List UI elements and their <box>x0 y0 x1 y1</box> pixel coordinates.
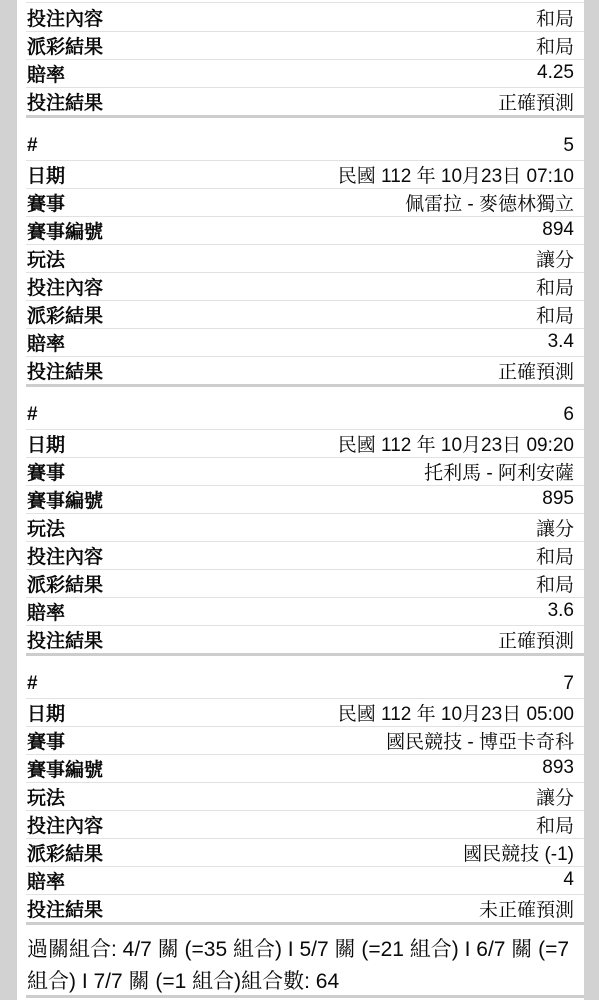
parlay-summary-text: 過關組合: 4/7 關 (=35 組合) I 5/7 關 (=21 組合) I … <box>17 925 584 998</box>
row-label: 賠率 <box>27 60 65 87</box>
table-row: 投注結果正確預測 <box>17 625 584 653</box>
table-row: 派彩結果和局 <box>17 31 584 59</box>
row-value: 3.6 <box>548 600 574 622</box>
table-row: 玩法讓分 <box>17 513 584 541</box>
row-label: 玩法 <box>27 245 65 272</box>
table-row: 投注內容和局 <box>17 810 584 838</box>
row-label: # <box>27 673 38 695</box>
table-row: 日期民國 112 年 10月23日 05:00 <box>17 698 584 726</box>
section-divider <box>26 653 584 656</box>
row-value: 國民競技 - 博亞卡奇科 <box>386 727 574 754</box>
row-label: 投注內容 <box>27 542 103 569</box>
row-value: 正確預測 <box>498 88 574 115</box>
row-value: 4.25 <box>537 62 574 84</box>
row-label: 投注內容 <box>27 811 103 838</box>
table-row: 日期民國 112 年 10月23日 09:20 <box>17 429 584 457</box>
row-label: 賠率 <box>27 598 65 625</box>
table-row: 賽事托利馬 - 阿利安薩 <box>17 457 584 485</box>
row-value: 托利馬 - 阿利安薩 <box>424 458 574 485</box>
table-row: 投注內容和局 <box>17 3 584 31</box>
row-value: 894 <box>542 219 574 241</box>
row-label: 派彩結果 <box>27 839 103 866</box>
row-label: 投注內容 <box>27 4 103 31</box>
table-row: #7 <box>17 670 584 698</box>
row-value: 和局 <box>536 273 574 300</box>
row-label: 賠率 <box>27 867 65 894</box>
row-value: 和局 <box>536 811 574 838</box>
table-row: 投注結果正確預測 <box>17 87 584 115</box>
row-value: 和局 <box>536 542 574 569</box>
row-value: 讓分 <box>536 245 574 272</box>
section-divider <box>26 115 584 118</box>
row-value: 893 <box>542 757 574 779</box>
row-value: 和局 <box>536 301 574 328</box>
row-value: 7 <box>563 673 574 695</box>
row-label: 派彩結果 <box>27 570 103 597</box>
table-row: 玩法讓分 <box>17 782 584 810</box>
row-value: 和局 <box>536 4 574 31</box>
table-row: 賠率4.25 <box>17 59 584 87</box>
table-row: 賠率4 <box>17 866 584 894</box>
table-row: 投注內容和局 <box>17 272 584 300</box>
row-value: 895 <box>542 488 574 510</box>
row-value: 民國 112 年 10月23日 05:00 <box>338 699 574 726</box>
row-label: 日期 <box>27 161 65 188</box>
table-row: 賠率3.6 <box>17 597 584 625</box>
table-row: 賽事佩雷拉 - 麥德林獨立 <box>17 188 584 216</box>
row-label: # <box>27 135 38 157</box>
row-label: 派彩結果 <box>27 32 103 59</box>
section-divider <box>26 384 584 387</box>
table-row: 派彩結果和局 <box>17 300 584 328</box>
row-label: 派彩結果 <box>27 301 103 328</box>
row-label: 投注結果 <box>27 895 103 922</box>
row-label: 日期 <box>27 430 65 457</box>
table-row: 日期民國 112 年 10月23日 07:10 <box>17 160 584 188</box>
table-row: 賠率3.4 <box>17 328 584 356</box>
bet-section-bet-7: #7日期民國 112 年 10月23日 05:00賽事國民競技 - 博亞卡奇科賽… <box>17 670 584 925</box>
row-label: 賽事 <box>27 727 65 754</box>
row-label: 賠率 <box>27 329 65 356</box>
row-label: 賽事編號 <box>27 755 103 782</box>
table-row: #5 <box>17 132 584 160</box>
table-row: 投注結果未正確預測 <box>17 894 584 922</box>
row-value: 和局 <box>536 32 574 59</box>
row-value: 5 <box>563 135 574 157</box>
row-label: 玩法 <box>27 514 65 541</box>
table-row: 賽事國民競技 - 博亞卡奇科 <box>17 726 584 754</box>
row-label: 賽事編號 <box>27 486 103 513</box>
table-row: 賽事編號894 <box>17 216 584 244</box>
row-value: 民國 112 年 10月23日 09:20 <box>338 430 574 457</box>
table-row: 賽事編號893 <box>17 754 584 782</box>
row-value: 6 <box>563 404 574 426</box>
table-row: 賽事編號895 <box>17 485 584 513</box>
row-label: # <box>27 404 38 426</box>
row-label: 日期 <box>27 699 65 726</box>
row-label: 賽事 <box>27 458 65 485</box>
row-label: 投注結果 <box>27 626 103 653</box>
row-value: 3.4 <box>548 331 574 353</box>
row-label: 投注結果 <box>27 88 103 115</box>
table-row: 投注內容和局 <box>17 541 584 569</box>
row-label: 玩法 <box>27 783 65 810</box>
bet-sections: 投注內容和局派彩結果和局賠率4.25投注結果正確預測#5日期民國 112 年 1… <box>17 3 584 925</box>
row-value: 國民競技 (-1) <box>463 839 574 866</box>
row-label: 投注內容 <box>27 273 103 300</box>
row-value: 讓分 <box>536 783 574 810</box>
bet-section-bet-partial: 投注內容和局派彩結果和局賠率4.25投注結果正確預測 <box>17 3 584 118</box>
row-label: 賽事 <box>27 189 65 216</box>
table-row: 玩法讓分 <box>17 244 584 272</box>
row-value: 正確預測 <box>498 357 574 384</box>
bet-section-bet-6: #6日期民國 112 年 10月23日 09:20賽事托利馬 - 阿利安薩賽事編… <box>17 401 584 656</box>
table-row: #6 <box>17 401 584 429</box>
footer-separator <box>26 995 584 998</box>
row-label: 賽事編號 <box>27 217 103 244</box>
bet-section-bet-5: #5日期民國 112 年 10月23日 07:10賽事佩雷拉 - 麥德林獨立賽事… <box>17 132 584 387</box>
bet-history-card: 投注內容和局派彩結果和局賠率4.25投注結果正確預測#5日期民國 112 年 1… <box>17 0 584 1000</box>
row-value: 正確預測 <box>498 626 574 653</box>
table-row: 派彩結果國民競技 (-1) <box>17 838 584 866</box>
table-row: 投注結果正確預測 <box>17 356 584 384</box>
bet-history-page: { "theme": { "page_bg": "#d2d2d2", "card… <box>0 0 599 1000</box>
row-value: 和局 <box>536 570 574 597</box>
row-label: 投注結果 <box>27 357 103 384</box>
row-value: 佩雷拉 - 麥德林獨立 <box>405 189 574 216</box>
row-value: 未正確預測 <box>479 895 574 922</box>
table-row: 派彩結果和局 <box>17 569 584 597</box>
row-value: 民國 112 年 10月23日 07:10 <box>338 161 574 188</box>
row-value: 4 <box>563 869 574 891</box>
row-value: 讓分 <box>536 514 574 541</box>
